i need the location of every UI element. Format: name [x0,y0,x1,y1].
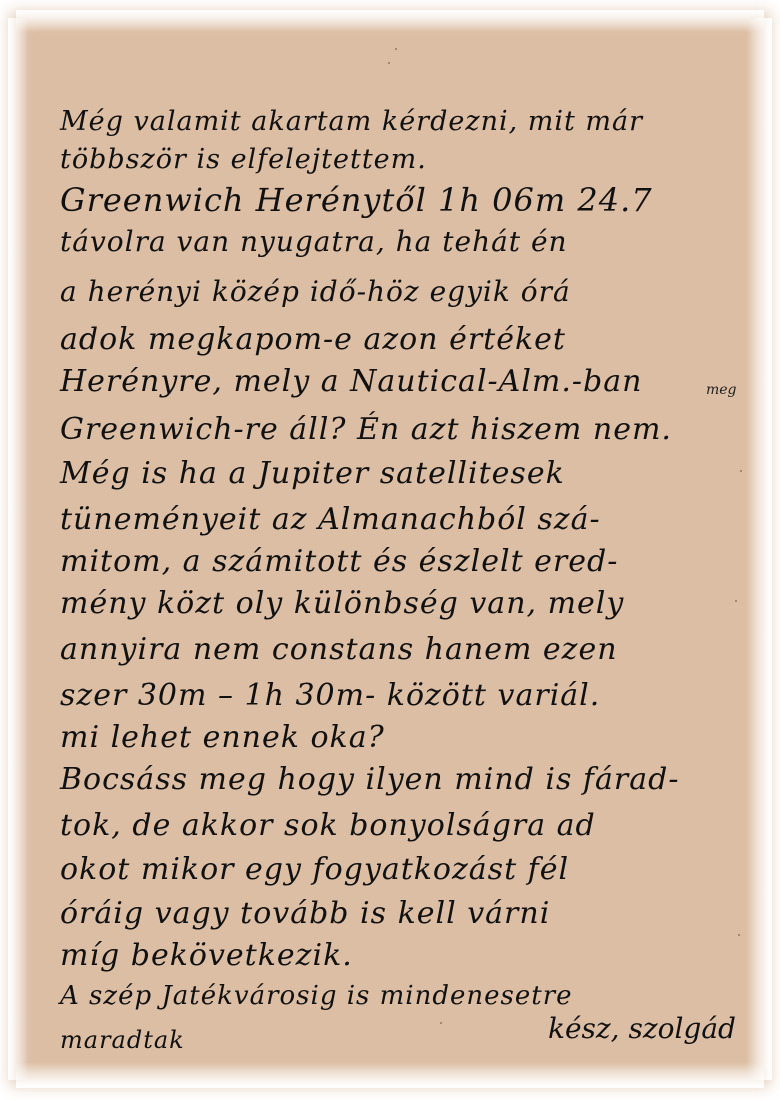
letter-line-11: mitom, a számitott és észlelt ered- [60,542,618,582]
letter-line-9: Még is ha a Jupiter satellitesek [60,454,565,494]
letter-line-3: Greenwich Herénytől 1h 06m 24.7 [60,180,653,220]
paper-speck [388,62,390,64]
letter-line-13: annyira nem constans hanem ezen [60,630,618,670]
letter-line-21: A szép Jatékvárosig is mindenesetre [60,976,573,1016]
letter-line-10: tüneményeit az Almanachból szá- [60,500,601,540]
paper-speck [440,1022,442,1024]
letter-line-17: tok, de akkor sok bonyolságra ad [60,806,596,846]
letter-line-12: mény közt oly különbség van, mely [60,584,624,624]
paper-speck [740,470,742,472]
letter-line-14: szer 30m – 1h 30m- között variál. [60,676,600,716]
letter-line-7: Herényre, mely a Nautical-Alm.-ban [60,362,642,402]
letter-line-4: távolra van nyugatra, ha tehát én [60,222,568,262]
signature: kész, szolgád [548,1012,736,1045]
letter-line-18: okot mikor egy fogyatkozást fél [60,850,569,890]
letter-line-6: adok megkapom-e azon értéket [60,320,566,360]
letter-line-8: Greenwich-re áll? Én azt hiszem nem. [60,410,672,450]
letter-line-16: Bocsáss meg hogy ilyen mind is fárad- [60,760,679,800]
letter-line-2: többször is elfelejtettem. [60,140,427,180]
letter-line-19: óráig vagy tovább is kell várni [60,894,550,934]
letter-line-22: maradtak [60,1020,185,1060]
letter-line-15: mi lehet ennek oka? [60,718,385,758]
letter-line-20: míg bekövetkezik. [60,936,353,976]
paper-speck [735,600,737,602]
paper-speck [395,48,397,50]
interlinear-note: meg [706,382,737,398]
letter-line-1: Még valamit akartam kérdezni, mit már [60,102,643,142]
paper-speck [738,934,740,936]
letter-line-5: a herényi közép idő-höz egyik órá [60,272,571,312]
